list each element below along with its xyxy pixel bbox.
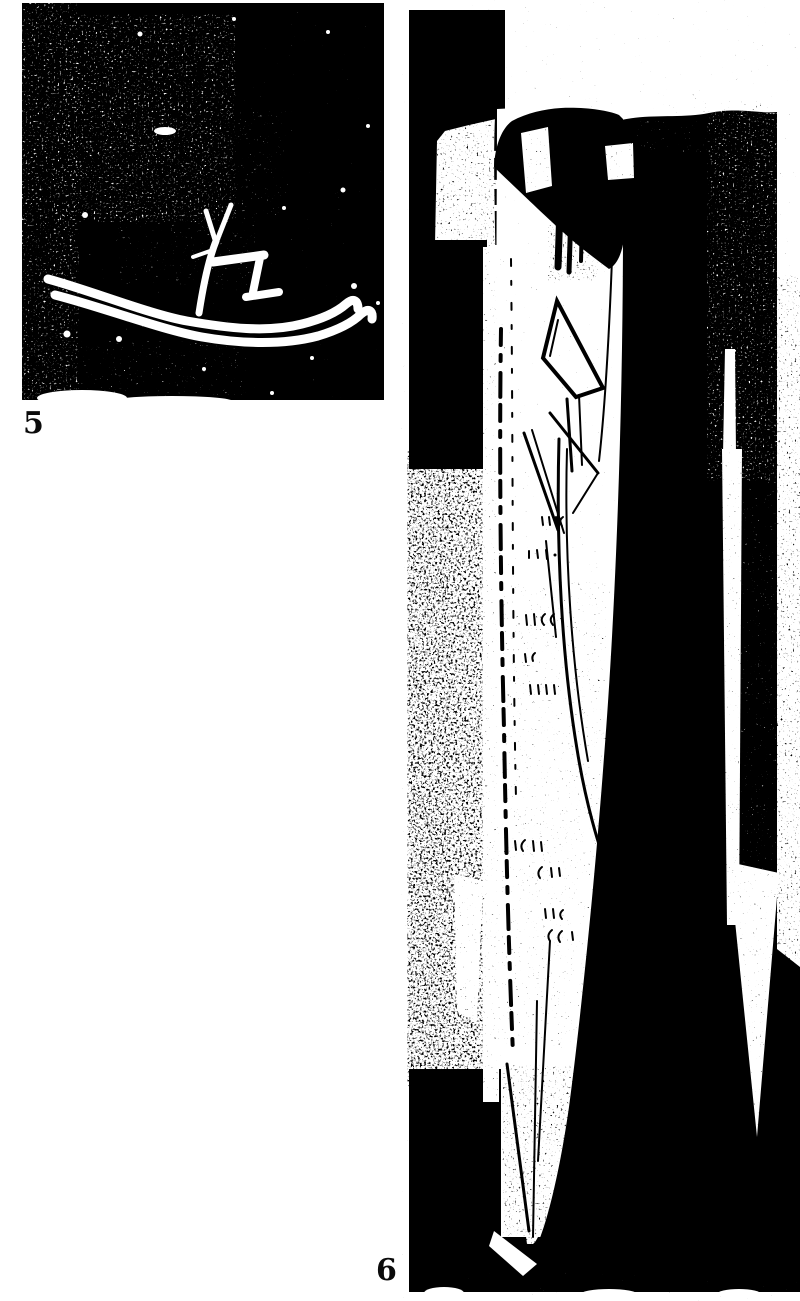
figure-6-photo	[409, 9, 800, 1299]
figure-6-label: 6	[376, 1256, 397, 1286]
figure-5-photo	[22, 3, 384, 406]
figure-5-label: 5	[23, 409, 44, 439]
plate-page: 5 6	[0, 0, 800, 1301]
scanned-plate	[0, 0, 800, 1301]
